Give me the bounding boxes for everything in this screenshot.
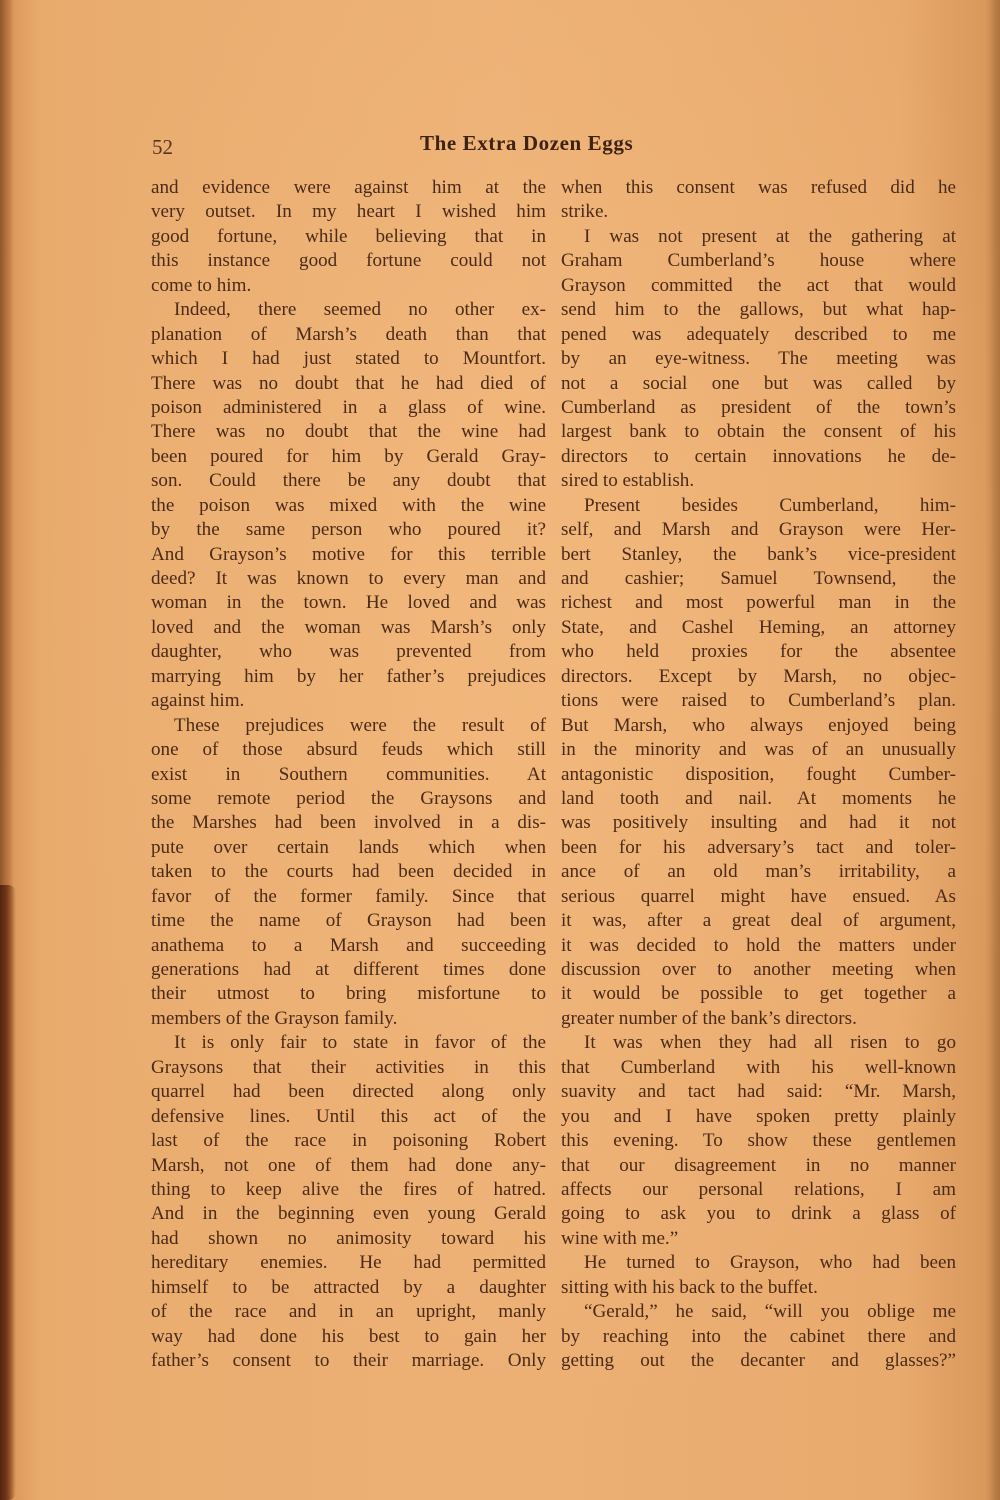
text-line: Graysons that their activities in this	[151, 1056, 546, 1080]
text-line: been for his adversary’s tact and toler-	[561, 836, 956, 860]
text-line: favor of the former family. Since that	[151, 885, 546, 909]
text-line: which I had just stated to Mountfort.	[151, 347, 546, 371]
text-line: affects our personal relations, I am	[561, 1178, 956, 1202]
paragraph: It was when they had all risen to gothat…	[561, 1031, 956, 1251]
text-line: members of the Grayson family.	[151, 1007, 546, 1031]
text-line: loved and the woman was Marsh’s only	[151, 616, 546, 640]
text-line: These prejudices were the result of	[151, 714, 546, 738]
text-line: was positively insulting and had it not	[561, 811, 956, 835]
text-line: quarrel had been directed along only	[151, 1080, 546, 1104]
text-line: this instance good fortune could not	[151, 249, 546, 273]
paragraph: These prejudices were the result ofone o…	[151, 714, 546, 1032]
text-line: land tooth and nail. At moments he	[561, 787, 956, 811]
text-line: you and I have spoken pretty plainly	[561, 1105, 956, 1129]
paragraph: “Gerald,” he said, “will you oblige meby…	[561, 1300, 956, 1373]
text-line: largest bank to obtain the consent of hi…	[561, 420, 956, 444]
text-line: bert Stanley, the bank’s vice-president	[561, 543, 956, 567]
text-line: tions were raised to Cumberland’s plan.	[561, 689, 956, 713]
text-line: daughter, who was prevented from	[151, 640, 546, 664]
text-line: it was, after a great deal of argument,	[561, 909, 956, 933]
text-line: and evidence were against him at the	[151, 176, 546, 200]
text-line: that our disagreement in no manner	[561, 1154, 956, 1178]
text-line: And Grayson’s motive for this terrible	[151, 543, 546, 567]
text-line: poison administered in a glass of wine.	[151, 396, 546, 420]
text-line: the poison was mixed with the wine	[151, 494, 546, 518]
text-line: generations had at different times done	[151, 958, 546, 982]
text-line: going to ask you to drink a glass of	[561, 1202, 956, 1226]
text-line: marrying him by her father’s prejudices	[151, 665, 546, 689]
page-right-edge	[990, 0, 1000, 1500]
text-line: himself to be attracted by a daughter	[151, 1276, 546, 1300]
text-line: exist in Southern communities. At	[151, 763, 546, 787]
text-line: had shown no animosity toward his	[151, 1227, 546, 1251]
text-line: It was when they had all risen to go	[561, 1031, 956, 1055]
text-line: last of the race in poisoning Robert	[151, 1129, 546, 1153]
text-line: way had done his best to gain her	[151, 1325, 546, 1349]
text-line: very outset. In my heart I wished him	[151, 200, 546, 224]
text-line: not a social one but was called by	[561, 372, 956, 396]
text-line: directors to certain innovations he de-	[561, 445, 956, 469]
text-line: He turned to Grayson, who had been	[561, 1251, 956, 1275]
text-line: greater number of the bank’s directors.	[561, 1007, 956, 1031]
text-line: discussion over to another meeting when	[561, 958, 956, 982]
text-line: State, and Cashel Heming, an attorney	[561, 616, 956, 640]
paragraph: It is only fair to state in favor of the…	[151, 1031, 546, 1373]
text-line: send him to the gallows, but what hap-	[561, 298, 956, 322]
text-line: wine with me.”	[561, 1227, 956, 1251]
text-line: I was not present at the gathering at	[561, 225, 956, 249]
text-line: some remote period the Graysons and	[151, 787, 546, 811]
text-line: ance of an old man’s irritability, a	[561, 860, 956, 884]
text-line: come to him.	[151, 274, 546, 298]
text-line: self, and Marsh and Grayson were Her-	[561, 518, 956, 542]
paragraph: when this consent was refused did hestri…	[561, 176, 956, 225]
text-line: thing to keep alive the fires of hatred.	[151, 1178, 546, 1202]
text-line: pened was adequately described to me	[561, 323, 956, 347]
text-line: There was no doubt that the wine had	[151, 420, 546, 444]
text-line: it was decided to hold the matters under	[561, 934, 956, 958]
paragraph: I was not present at the gathering atGra…	[561, 225, 956, 494]
text-line: one of those absurd feuds which still	[151, 738, 546, 762]
text-line: planation of Marsh’s death than that	[151, 323, 546, 347]
text-line: directors. Except by Marsh, no objec-	[561, 665, 956, 689]
page-number: 52	[152, 135, 173, 160]
text-line: pute over certain lands which when	[151, 836, 546, 860]
text-line: when this consent was refused did he	[561, 176, 956, 200]
text-line: who held proxies for the absentee	[561, 640, 956, 664]
text-line: the Marshes had been involved in a dis-	[151, 811, 546, 835]
text-line: It is only fair to state in favor of the	[151, 1031, 546, 1055]
text-line: richest and most powerful man in the	[561, 591, 956, 615]
text-line: it would be possible to get together a	[561, 982, 956, 1006]
text-line: defensive lines. Until this act of the	[151, 1105, 546, 1129]
text-line: hereditary enemies. He had permitted	[151, 1251, 546, 1275]
text-line: anathema to a Marsh and succeeding	[151, 934, 546, 958]
text-line: Graham Cumberland’s house where	[561, 249, 956, 273]
text-line: this evening. To show these gentlemen	[561, 1129, 956, 1153]
text-line: by reaching into the cabinet there and	[561, 1325, 956, 1349]
text-line: suavity and tact had said: “Mr. Marsh,	[561, 1080, 956, 1104]
text-line: woman in the town. He loved and was	[151, 591, 546, 615]
text-line: against him.	[151, 689, 546, 713]
text-line: antagonistic disposition, fought Cumber-	[561, 763, 956, 787]
paragraph: He turned to Grayson, who had beensittin…	[561, 1251, 956, 1300]
text-line: Present besides Cumberland, him-	[561, 494, 956, 518]
paragraph: and evidence were against him at thevery…	[151, 176, 546, 298]
text-line: that Cumberland with his well-known	[561, 1056, 956, 1080]
paragraph: Indeed, there seemed no other ex-planati…	[151, 298, 546, 713]
running-header: 52 The Extra Dozen Eggs	[138, 131, 958, 161]
text-line: father’s consent to their marriage. Only	[151, 1349, 546, 1373]
text-line: Cumberland as president of the town’s	[561, 396, 956, 420]
text-line: taken to the courts had been decided in	[151, 860, 546, 884]
text-line: And in the beginning even young Gerald	[151, 1202, 546, 1226]
book-page: 52 The Extra Dozen Eggs and evidence wer…	[0, 0, 1000, 1500]
right-text-column: when this consent was refused did hestri…	[561, 176, 956, 1373]
text-line: good fortune, while believing that in	[151, 225, 546, 249]
text-line: Indeed, there seemed no other ex-	[151, 298, 546, 322]
paragraph: Present besides Cumberland, him-self, an…	[561, 494, 956, 1032]
left-text-column: and evidence were against him at thevery…	[151, 176, 546, 1373]
text-line: by an eye-witness. The meeting was	[561, 347, 956, 371]
text-line: time the name of Grayson had been	[151, 909, 546, 933]
text-line: by the same person who poured it?	[151, 518, 546, 542]
text-line: strike.	[561, 200, 956, 224]
text-line: son. Could there be any doubt that	[151, 469, 546, 493]
text-line: serious quarrel might have ensued. As	[561, 885, 956, 909]
text-line: sitting with his back to the buffet.	[561, 1276, 956, 1300]
text-line: in the minority and was of an unusually	[561, 738, 956, 762]
running-title: The Extra Dozen Eggs	[420, 131, 633, 156]
text-line: Grayson committed the act that would	[561, 274, 956, 298]
text-line: sired to establish.	[561, 469, 956, 493]
text-line: Marsh, not one of them had done any-	[151, 1154, 546, 1178]
text-line: getting out the decanter and glasses?”	[561, 1349, 956, 1373]
text-line: “Gerald,” he said, “will you oblige me	[561, 1300, 956, 1324]
text-line: of the race and in an upright, manly	[151, 1300, 546, 1324]
text-line: their utmost to bring misfortune to	[151, 982, 546, 1006]
text-line: and cashier; Samuel Townsend, the	[561, 567, 956, 591]
text-line: There was no doubt that he had died of	[151, 372, 546, 396]
text-line: deed? It was known to every man and	[151, 567, 546, 591]
text-line: But Marsh, who always enjoyed being	[561, 714, 956, 738]
text-line: been poured for him by Gerald Gray-	[151, 445, 546, 469]
binding-stain	[0, 885, 16, 1500]
